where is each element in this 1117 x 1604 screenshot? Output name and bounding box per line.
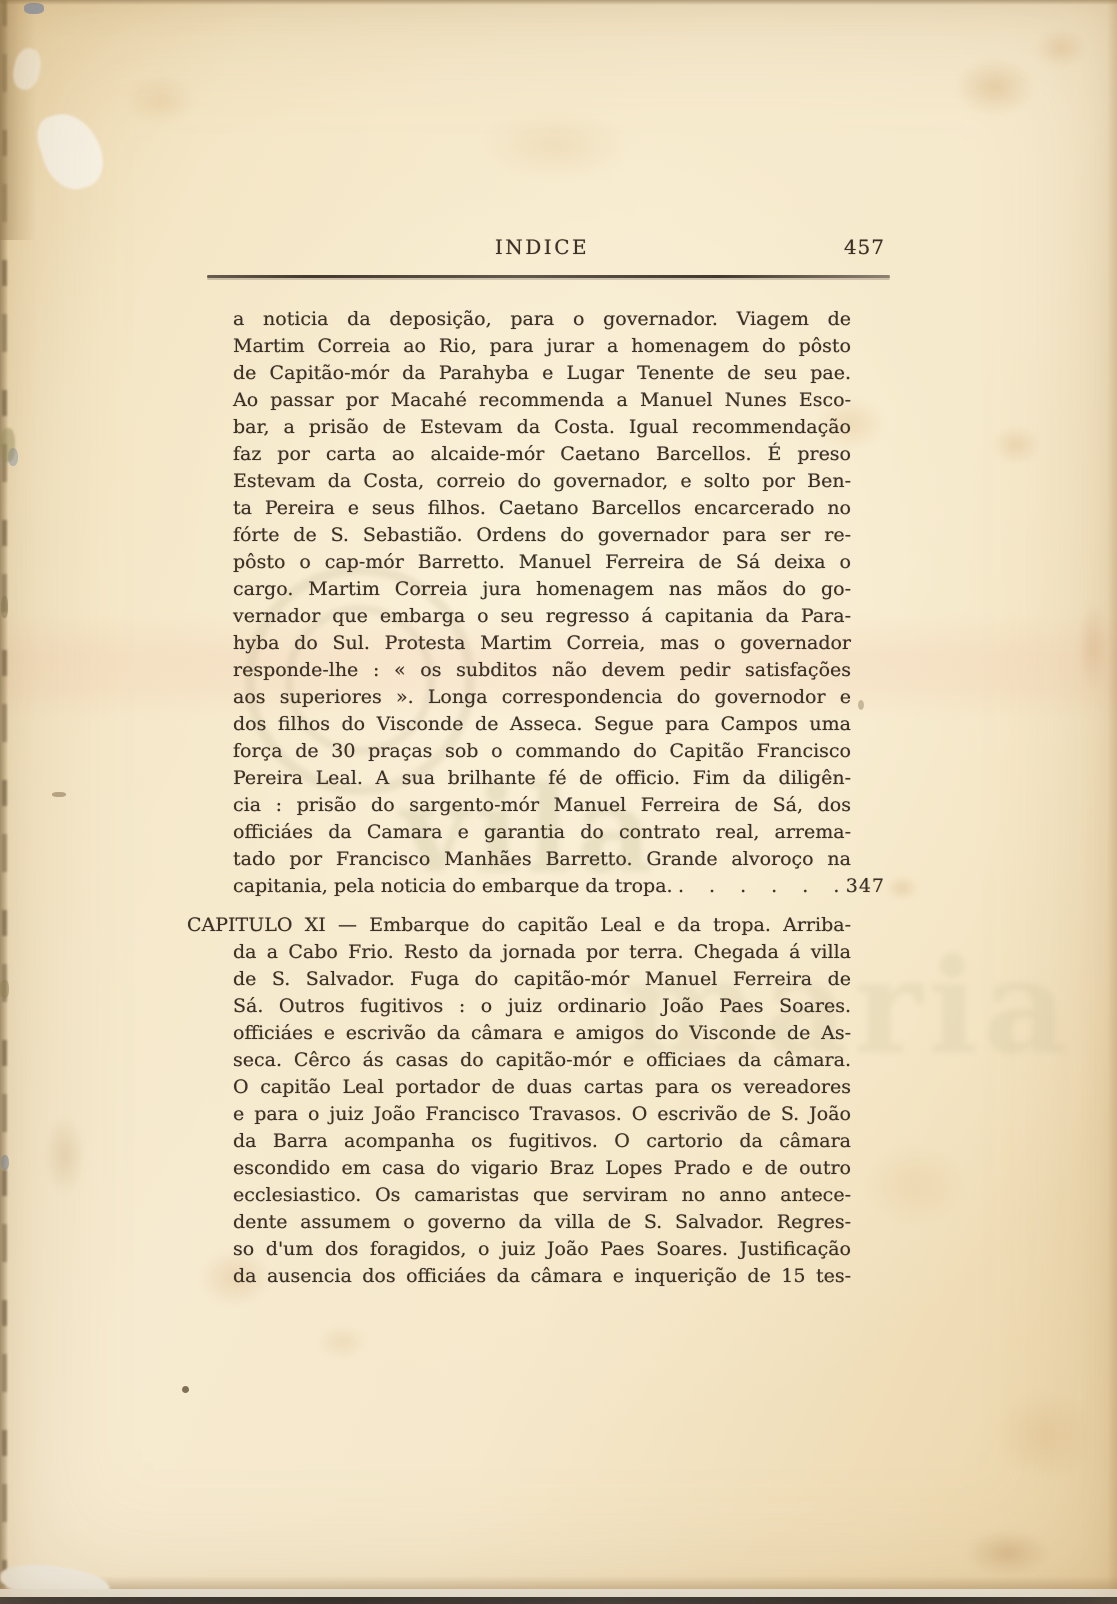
- page-edge-bottom-shadow: [0, 1576, 1117, 1590]
- foxing-stain: [318, 1325, 366, 1359]
- index-line: O capitão Leal portador de duas cartas p…: [233, 1074, 851, 1101]
- index-line: escondido em casa do vigario Braz Lopes …: [233, 1155, 851, 1182]
- index-line: officiáes e escrivão da câmara e amigos …: [233, 1020, 851, 1047]
- page-edge-left-ragged: [2, 0, 7, 1604]
- index-line: ecclesiastico. Os camaristas que servira…: [233, 1182, 851, 1209]
- index-line: Martim Correia ao Rio, para jurar a home…: [233, 333, 851, 360]
- index-line: a noticia da deposição, para o governado…: [233, 306, 851, 333]
- index-line: pôsto o cap-mór Barretto. Manuel Ferreir…: [233, 549, 851, 576]
- index-line: de Capitão-mór da Parahyba e Lugar Tenen…: [233, 360, 851, 387]
- index-line-with-page-ref: capitania, pela noticia do embarque da t…: [233, 873, 885, 900]
- index-line: tado por Francisco Manhães Barretto. Gra…: [233, 846, 851, 873]
- index-line: so d'um dos foragidos, o juiz João Paes …: [233, 1236, 851, 1263]
- foxing-stain: [1035, 28, 1087, 68]
- index-line: dos filhos do Visconde de Asseca. Segue …: [233, 711, 851, 738]
- index-line: dente assumem o governo da villa de S. S…: [233, 1209, 851, 1236]
- foxing-stain: [480, 110, 630, 180]
- index-line: Pereira Leal. A sua brilhante fé de offi…: [233, 765, 851, 792]
- paper-tear: [32, 105, 110, 197]
- scanned-book-page: vila maria INDICE 457 a noticia da depos…: [0, 0, 1117, 1604]
- foxing-stain: [125, 75, 195, 125]
- ink-speck: [858, 700, 864, 710]
- index-line: Sá. Outros fugitivos : o juiz ordinario …: [233, 993, 851, 1020]
- index-line: aos superiores ». Longa correspondencia …: [233, 684, 851, 711]
- foxing-stain: [955, 58, 1035, 116]
- index-line: cargo. Martim Correia jura homenagem nas…: [233, 576, 851, 603]
- foxing-stain: [886, 876, 918, 900]
- index-line-text: capitania, pela noticia do embarque da t…: [233, 873, 673, 900]
- index-line: vernador que embarga o seu regresso á ca…: [233, 603, 851, 630]
- index-line: Ao passar por Macahé recommenda a Manuel…: [233, 387, 851, 414]
- page-edge-left-top: [0, 0, 36, 240]
- index-line: officiáes da Camara e garantia do contra…: [233, 819, 851, 846]
- chapter-heading-line: CAPITULO XI — Embarque do capitão Leal e…: [187, 912, 851, 939]
- foxing-stain: [45, 1115, 85, 1195]
- edge-speck: [0, 428, 15, 462]
- index-line: responde-lhe : « os subditos não devem p…: [233, 657, 851, 684]
- index-line: de S. Salvador. Fuga do capitão-mór Manu…: [233, 966, 851, 993]
- edge-speck: [1, 596, 8, 618]
- foxing-stain: [992, 426, 1040, 464]
- index-line: Estevam da Costa, correio do governador,…: [233, 468, 851, 495]
- index-line: ta Pereira e seus filhos. Caetano Barcel…: [233, 495, 851, 522]
- index-line: hyba do Sul. Protesta Martim Correia, ma…: [233, 630, 851, 657]
- index-line: e para o juiz João Francisco Travasos. O…: [233, 1101, 851, 1128]
- chapter-body-lines: da a Cabo Frio. Resto da jornada por ter…: [233, 939, 851, 1290]
- index-line: da Barra acompanha os fugitivos. O carto…: [233, 1128, 851, 1155]
- index-line: seca. Cêrco ás casas do capitão-mór e of…: [233, 1047, 851, 1074]
- index-line: bar, a prisão de Estevam da Costa. Igual…: [233, 414, 851, 441]
- index-entry-continuation: a noticia da deposição, para o governado…: [233, 306, 851, 873]
- index-line: força de 30 praças sob o commando do Cap…: [233, 738, 851, 765]
- edge-speck: [0, 980, 9, 998]
- foxing-stain: [1078, 600, 1108, 690]
- page-edge-top: [0, 0, 1117, 5]
- page-number: 457: [233, 235, 885, 259]
- index-line: fórte de S. Sebastião. Ordens do governa…: [233, 522, 851, 549]
- dot-leader: . . . . . .: [673, 873, 846, 900]
- index-line: cia : prisão do sargento-mór Manuel Ferr…: [233, 792, 851, 819]
- foxing-stain: [995, 1390, 1095, 1480]
- index-line: da a Cabo Frio. Resto da jornada por ter…: [233, 939, 851, 966]
- foxing-stain: [965, 1530, 1050, 1576]
- scan-edge-bottom-line: [0, 1597, 1117, 1604]
- entry-page-ref: 347: [846, 873, 885, 900]
- index-line: faz por carta ao alcaide-mór Caetano Bar…: [233, 441, 851, 468]
- index-line: da ausencia dos officiáes da câmara e in…: [233, 1263, 851, 1290]
- header-divider: [207, 275, 890, 278]
- foxing-stain: [865, 1145, 965, 1225]
- index-entry-chapter-xi: CAPITULO XI — Embarque do capitão Leal e…: [187, 912, 851, 1290]
- ink-speck: [52, 792, 66, 797]
- blue-mark: [1, 1155, 9, 1170]
- ink-speck: [182, 1386, 189, 1393]
- page-edge-right: [1107, 0, 1117, 1604]
